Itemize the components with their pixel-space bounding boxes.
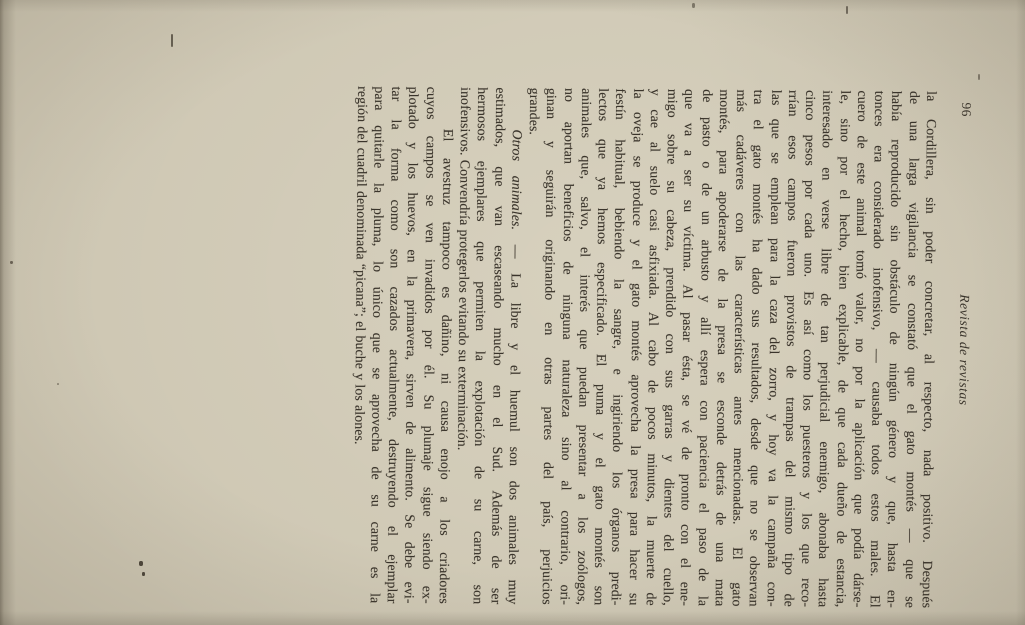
page-body: la Cordillera, sin poder concretar, al r… — [349, 86, 940, 608]
book-page: 96 Revista de revistas la Cordillera, si… — [0, 0, 1025, 625]
running-title: Revista de revistas — [953, 91, 976, 608]
page-header: 96 Revista de revistas — [953, 91, 976, 608]
scanned-book-page-view: 96 Revista de revistas la Cordillera, si… — [0, 0, 1025, 625]
page-number: 96 — [957, 102, 975, 117]
